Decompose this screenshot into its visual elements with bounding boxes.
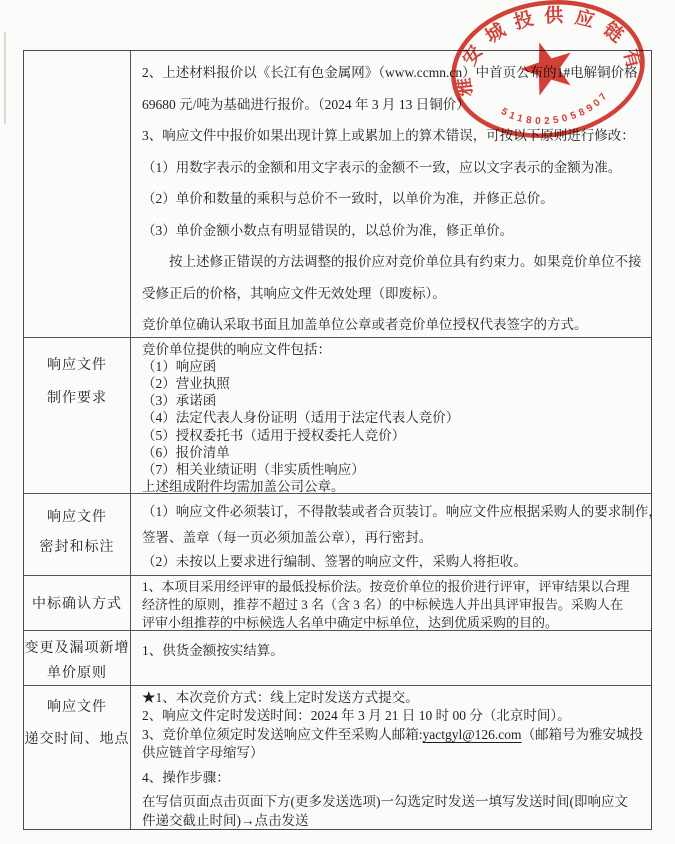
row-content: 竞价单位提供的响应文件包括： （1）响应函 （2）营业执照 （3）承诺函 （4）… bbox=[131, 338, 651, 493]
table-row-award-confirmation: 中标确认方式 1、本项目采用经评审的最低投标价法。按竞价单位的报价进行评审，评审… bbox=[24, 575, 651, 630]
row-label: 响应文件 密封和标注 bbox=[24, 494, 131, 575]
text-line: 2、响应文件定时发送时间：2024 年 3 月 21 日 10 时 00 分（北… bbox=[142, 707, 643, 726]
text-line: （6）报价清单 bbox=[142, 444, 643, 461]
text-line: （1）用数字表示的金额和用文字表示的金额不一致，应以文字表示的金额为准。 bbox=[142, 152, 643, 184]
text-line: ★1、本次竞价方式：线上定时发送方式提交。 bbox=[142, 689, 643, 708]
text-line: 竞价单位确认采取书面且加盖单位公章或者竞价单位授权代表签字的方式。 bbox=[142, 309, 643, 337]
scanned-document-page: 2、上述材料报价以《长江有色金属网》（www.ccmn.cn）中首页公布的1#电… bbox=[0, 0, 675, 844]
text-line: （3）单价金额小数点有明显错误的，以总价为准，修正单价。 bbox=[142, 215, 643, 247]
row-content: ★1、本次竞价方式：线上定时发送方式提交。 2、响应文件定时发送时间：2024 … bbox=[131, 686, 651, 829]
row-label: 响应文件 制作要求 bbox=[24, 338, 131, 493]
text-line: 2、上述材料报价以《长江有色金属网》（www.ccmn.cn）中首页公布的1#电… bbox=[142, 57, 643, 89]
scan-edge-artifact bbox=[4, 32, 6, 124]
email-text: yactgyl@126.com bbox=[423, 727, 522, 742]
row-label-line: 响应文件 bbox=[24, 349, 130, 382]
row-label: 响应文件 递交时间、地点 bbox=[24, 686, 131, 829]
row-content: （1）响应文件必须装订，不得散装或者合页装订。响应文件应根据采购人的要求制作， … bbox=[131, 494, 651, 575]
text-line: （1）响应文件必须装订，不得散装或者合页装订。响应文件应根据采购人的要求制作， bbox=[142, 499, 643, 525]
text-line: 签署、盖章（每一页必须加盖公章），再行密封。 bbox=[142, 525, 643, 551]
row-label-empty bbox=[24, 51, 131, 337]
row-label-line: 变更及漏项新增 bbox=[24, 636, 130, 661]
row-label-line: 密封和标注 bbox=[24, 533, 130, 563]
text-line: 3、响应文件中报价如果出现计算上或累加上的算术错误，可按以下原则进行修改： bbox=[142, 120, 643, 152]
row-content: 2、上述材料报价以《长江有色金属网》（www.ccmn.cn）中首页公布的1#电… bbox=[131, 51, 651, 337]
text-line: 经济性的原则，推荐不超过 3 名（含 3 名）的中标候选人并出具评审报告。采购人… bbox=[142, 596, 643, 614]
text-line: （4）法定代表人身份证明（适用于法定代表人竞价） bbox=[142, 409, 643, 426]
text-line: 4、操作步骤： bbox=[142, 769, 643, 788]
text-line: 供应链首字母缩写） bbox=[142, 744, 643, 763]
text-line: 按上述修正错误的方法调整的报价应对竞价单位具有约束力。如果竞价单位不接 bbox=[142, 246, 643, 278]
row-label-line: 递交时间、地点 bbox=[24, 724, 130, 756]
text-line: （5）授权委托书（适用于授权委托人竞价） bbox=[142, 427, 643, 444]
table-row-document-composition: 响应文件 制作要求 竞价单位提供的响应文件包括： （1）响应函 （2）营业执照 … bbox=[24, 337, 651, 493]
text-line: （2）未按以上要求进行编制、签署的响应文件，采购人将拒收。 bbox=[142, 551, 643, 573]
bid-terms-table: 2、上述材料报价以《长江有色金属网》（www.ccmn.cn）中首页公布的1#电… bbox=[23, 50, 652, 830]
table-row-sealing-marking: 响应文件 密封和标注 （1）响应文件必须装订，不得散装或者合页装订。响应文件应根… bbox=[24, 493, 651, 575]
text-line: 竞价单位提供的响应文件包括： bbox=[142, 341, 643, 358]
text-line: 受修正后的价格，其响应文件无效处理（即废标）。 bbox=[142, 278, 643, 310]
row-label-line: 响应文件 bbox=[24, 503, 130, 533]
row-label: 变更及漏项新增 单价原则 bbox=[24, 631, 131, 685]
email-line-suffix: （邮箱号为雅安城投 bbox=[522, 727, 644, 742]
row-content: 1、供货金额按实结算。 bbox=[131, 631, 651, 685]
text-line: （3）承诺函 bbox=[142, 392, 643, 409]
row-content: 1、本项目采用经评审的最低投标价法。按竞价单位的报价进行评审，评审结果以合理 经… bbox=[131, 576, 651, 630]
text-line: （7）相关业绩证明（非实质性响应） bbox=[142, 461, 643, 478]
row-label-line: 中标确认方式 bbox=[32, 593, 122, 613]
email-line-prefix: 3、竞价单位须定时发送响应文件至采购人邮箱: bbox=[142, 727, 423, 742]
text-line: （1）响应函 bbox=[142, 358, 643, 375]
text-line: 1、供货金额按实结算。 bbox=[142, 642, 643, 660]
table-row-unit-price-principle: 变更及漏项新增 单价原则 1、供货金额按实结算。 bbox=[24, 630, 651, 685]
text-line: 评审小组推荐的中标候选人名单中确定中标单位，达到优质采购的目的。 bbox=[142, 614, 643, 630]
row-label-line: 响应文件 bbox=[24, 692, 130, 724]
text-line: （2）单价和数量的乘积与总价不一致时，以单价为准，并修正总价。 bbox=[142, 183, 643, 215]
table-row-submission-time-place: 响应文件 递交时间、地点 ★1、本次竞价方式：线上定时发送方式提交。 2、响应文… bbox=[24, 685, 651, 829]
text-line: 上述组成附件均需加盖公司公章。 bbox=[142, 478, 643, 492]
text-line: 1、本项目采用经评审的最低投标价法。按竞价单位的报价进行评审，评审结果以合理 bbox=[142, 578, 643, 596]
row-label: 中标确认方式 bbox=[24, 576, 131, 630]
text-line: 在写信页面点击页面下方(更多发送选项)一勾选定时发送一填写发送时间(即响应文 bbox=[142, 793, 643, 812]
text-line-with-email: 3、竞价单位须定时发送响应文件至采购人邮箱:yactgyl@126.com（邮箱… bbox=[142, 726, 643, 745]
table-row-pricing-rules: 2、上述材料报价以《长江有色金属网》（www.ccmn.cn）中首页公布的1#电… bbox=[24, 51, 651, 337]
text-line: 69680 元/吨为基础进行报价。（2024 年 3 月 13 日铜价） bbox=[142, 89, 643, 121]
text-line: 件递交截止时间)→点击发送 bbox=[142, 812, 643, 828]
text-line: （2）营业执照 bbox=[142, 375, 643, 392]
row-label-line: 制作要求 bbox=[24, 382, 130, 415]
row-label-line: 单价原则 bbox=[24, 661, 130, 686]
